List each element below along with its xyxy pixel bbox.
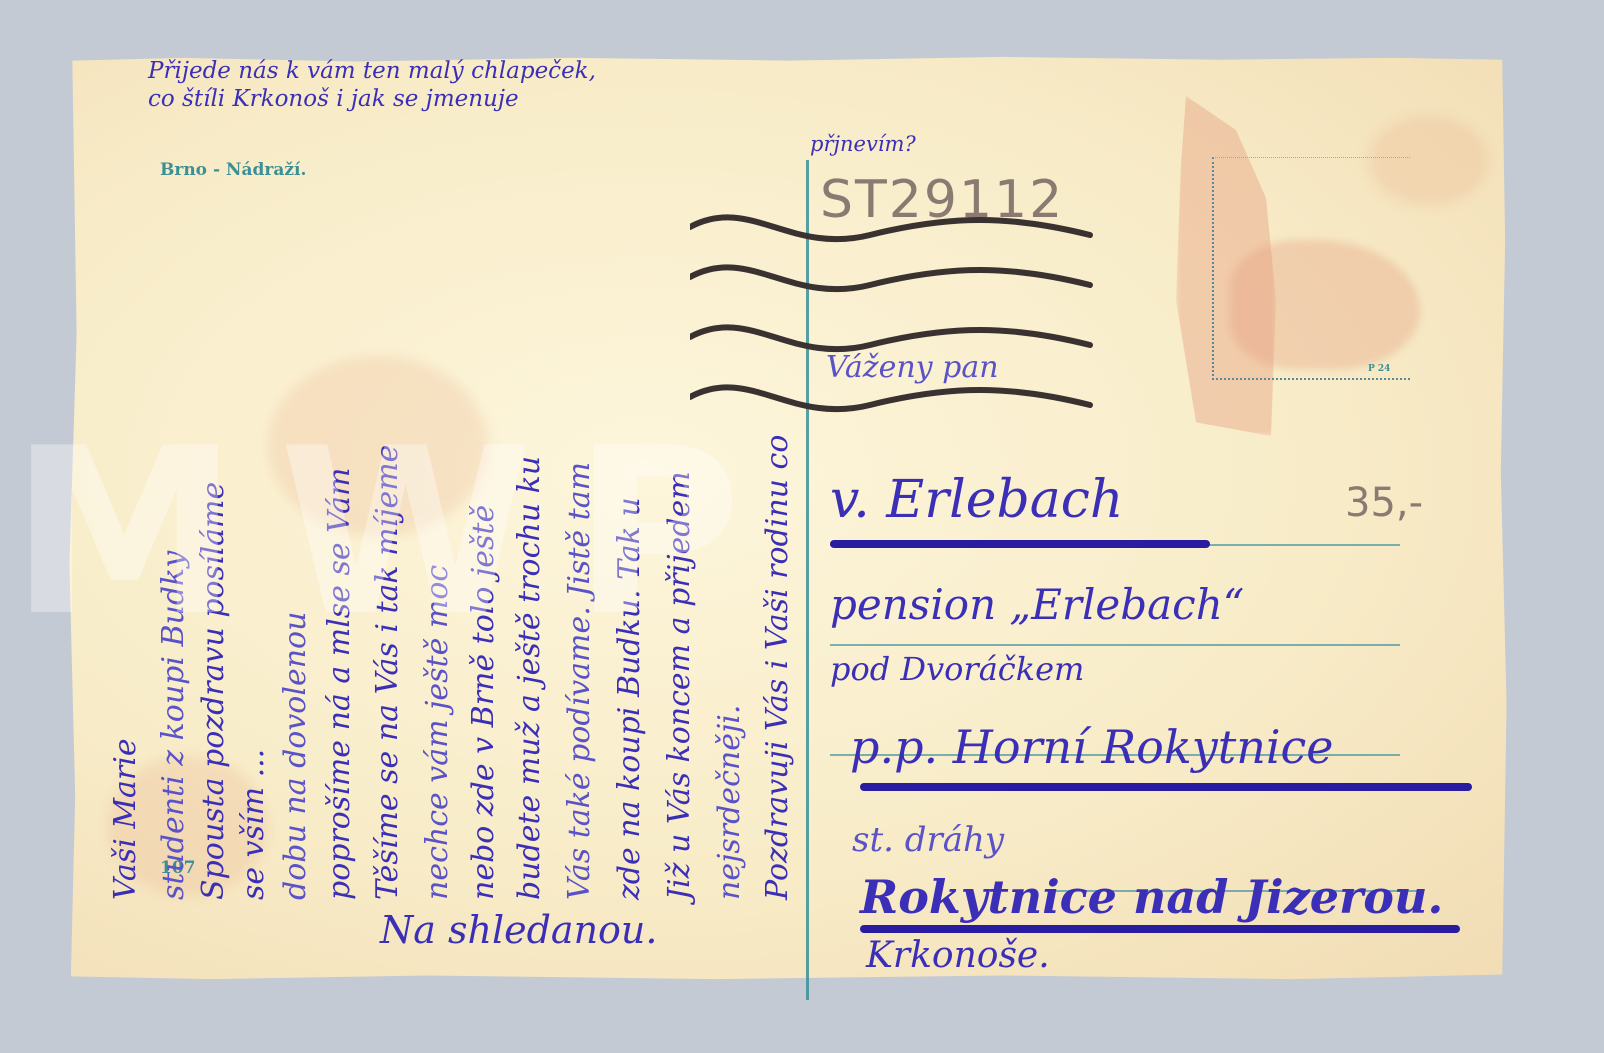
town-underline bbox=[860, 783, 1472, 791]
stamp-placement-box bbox=[1212, 157, 1410, 380]
message-top-line: co štíli Krkonoš i jak se jmenuje bbox=[148, 86, 519, 112]
message-closing: Na shledanou. bbox=[380, 908, 658, 952]
message-column-line: se vším ... bbox=[236, 749, 271, 900]
address-line: Rokytnice nad Jizerou. bbox=[860, 870, 1443, 924]
printed-caption: Brno - Nádraží. bbox=[160, 160, 306, 180]
stamp-box-mark: P 24 bbox=[1368, 364, 1390, 374]
message-column-line: nejsrdečněji. bbox=[712, 705, 747, 900]
pencil-price: 35,- bbox=[1345, 480, 1423, 526]
address-line-rule bbox=[830, 644, 1400, 646]
message-top-line: Přijede nás k vám ten malý chlapeček, bbox=[148, 58, 596, 84]
address-recipient: v. Erlebach bbox=[830, 470, 1123, 530]
message-column-line: Vaši Marie bbox=[108, 738, 143, 900]
address-line: Krkonoše. bbox=[866, 935, 1050, 976]
recipient-underline bbox=[830, 540, 1210, 548]
address-line: pod Dvoráčkem bbox=[830, 650, 1084, 688]
watermark: MWP bbox=[10, 400, 781, 667]
message-top-line: přjnevím? bbox=[810, 132, 916, 156]
address-salutation: Váženy pan bbox=[826, 350, 999, 385]
address-line: pension „Erlebach“ bbox=[830, 580, 1244, 629]
address-line: st. dráhy bbox=[852, 820, 1004, 860]
pencil-catalog-code: ST29112 bbox=[820, 170, 1064, 230]
address-line: p.p. Horní Rokytnice bbox=[850, 720, 1334, 774]
town-underline bbox=[860, 925, 1460, 933]
